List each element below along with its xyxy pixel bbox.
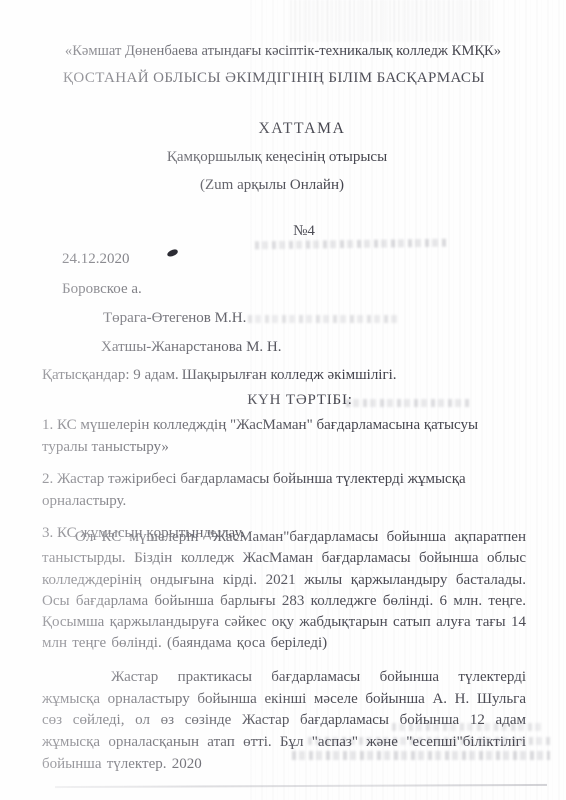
agenda-item-1: 1. КС мүшелерін колледждің "ЖасМаман" ба… [42, 414, 518, 458]
chairperson-line: Төрага-Өтегенов М.Н. [103, 308, 246, 329]
attendees-invited: Шақырылған колледж әкімшілігі. [182, 367, 397, 383]
agenda-heading: КҮН ТӘРТІБІ: [17, 390, 566, 411]
scanned-protocol-page: «Кәмшат Дөненбаева атындағы кәсіптік-тех… [0, 0, 566, 800]
meeting-format: (Zum арқылы Онлайн) [0, 175, 555, 196]
document-title: ХАТТАМА [19, 118, 566, 139]
protocol-body: Ол КС мүшелерін "ЖасМаман"бағдарламасы б… [42, 527, 526, 788]
ghost-text-artifact [248, 315, 400, 323]
protocol-number: №4 [21, 221, 566, 242]
scan-streak-texture-top [290, 0, 490, 42]
secretary-line: Хатшы-Жанарстанова М. Н. [101, 337, 281, 358]
attendees-line: Қатысқандар: 9 адам.Шақырылған колледж ә… [42, 365, 397, 386]
meeting-type: Қамқоршылық кеңесінің отырысы [0, 147, 560, 168]
department-name: ҚОСТАНАЙ ОБЛЫСЫ ӘКІМДІГІНІҢ БІЛІМ БАСҚАР… [63, 68, 485, 89]
organization-name: «Кәмшат Дөненбаева атындағы кәсіптік-тех… [0, 41, 566, 62]
body-paragraph-2: Жастар практикасы бағдарламасы бойынша т… [42, 667, 526, 776]
attendees-count: Қатысқандар: 9 адам. [42, 367, 179, 383]
body-paragraph-1: Ол КС мүшелерін "ЖасМаман"бағдарламасы б… [42, 527, 526, 655]
ink-blot-mark [166, 248, 178, 257]
protocol-location: Боровское а. [62, 279, 142, 300]
agenda-item-2: 2. Жастар тәжірибесі бағдарламасы бойынш… [42, 468, 518, 512]
protocol-date: 24.12.2020 [62, 249, 130, 270]
